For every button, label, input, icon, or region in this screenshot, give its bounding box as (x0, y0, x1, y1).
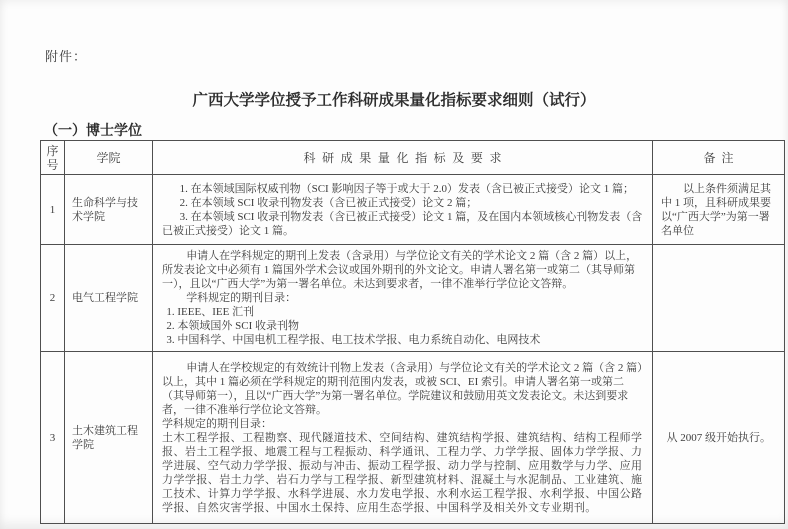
journal-catalog-label: 学科规定的期刊目录： (162, 417, 643, 431)
table-header-row: 序号 学院 科研成果量化指标及要求 备注 (41, 141, 785, 175)
remark-text: 以上条件须满足其中 1 项，且科研成果要以“广西大学”为第一署名单位 (661, 182, 776, 238)
college-name: 生命科学与技术学院 (65, 175, 153, 245)
row-number: 3 (41, 352, 65, 524)
section-heading-doctoral-degree: （一）博士学位 (44, 120, 142, 140)
row-number: 2 (41, 245, 65, 352)
column-header-indicators: 科研成果量化指标及要求 (153, 141, 653, 175)
table-row-electrical-engineering: 2 电气工程学院 申请人在学科规定的期刊上发表（含录用）与学位论文有关的学术论文… (41, 245, 785, 352)
criteria-table: 序号 学院 科研成果量化指标及要求 备注 1 生命科学与技术学院 1. 在本领域… (40, 140, 785, 524)
column-header-remark: 备注 (653, 141, 785, 175)
journal-item: 3. 中国科学、中国电机工程学报、电工技术学报、电力系统自动化、电网技术 (162, 333, 643, 347)
journal-item: 2. 本领域国外 SCI 收录刊物 (162, 319, 643, 333)
journal-item: 1. IEEE、IEE 汇刊 (162, 305, 643, 319)
document-title: 广西大学学位授予工作科研成果量化指标要求细则（试行） (0, 88, 788, 110)
requirement-item: 3. 在本领域 SCI 收录刊物发表（含已被正式接受）论文 1 篇，及在国内本领… (162, 210, 643, 238)
table-row-life-science: 1 生命科学与技术学院 1. 在本领域国际权威刊物（SCI 影响因子等于或大于 … (41, 175, 785, 245)
requirement-paragraph: 申请人在学科规定的期刊上发表（含录用）与学位论文有关的学术论文 2 篇（含 2 … (162, 249, 643, 291)
remark-cell: 以上条件须满足其中 1 项，且科研成果要以“广西大学”为第一署名单位 (653, 175, 785, 245)
column-header-number: 序号 (41, 141, 65, 175)
table-row-civil-engineering: 3 土木建筑工程学院 申请人在学校规定的有效统计刊物上发表（含录用）与学位论文有… (41, 352, 785, 524)
college-name: 电气工程学院 (65, 245, 153, 352)
row-number: 1 (41, 175, 65, 245)
indicator-requirements: 申请人在学科规定的期刊上发表（含录用）与学位论文有关的学术论文 2 篇（含 2 … (153, 245, 653, 352)
requirement-item: 2. 在本领域 SCI 收录刊物发表（含已被正式接受）论文 2 篇； (162, 196, 643, 210)
requirement-item: 1. 在本领域国际权威刊物（SCI 影响因子等于或大于 2.0）发表（含已被正式… (162, 182, 643, 196)
college-name: 土木建筑工程学院 (65, 352, 153, 524)
remark-cell: 从 2007 级开始执行。 (653, 352, 785, 524)
remark-text: 从 2007 级开始执行。 (661, 431, 776, 445)
document-page: 附件： 广西大学学位授予工作科研成果量化指标要求细则（试行） （一）博士学位 序… (0, 0, 788, 529)
attachment-label: 附件： (45, 46, 87, 65)
indicator-requirements: 1. 在本领域国际权威刊物（SCI 影响因子等于或大于 2.0）发表（含已被正式… (153, 175, 653, 245)
indicator-requirements: 申请人在学校规定的有效统计刊物上发表（含录用）与学位论文有关的学术论文 2 篇（… (153, 352, 653, 524)
journal-catalog-label: 学科规定的期刊目录： (162, 291, 643, 305)
requirement-paragraph: 申请人在学校规定的有效统计刊物上发表（含录用）与学位论文有关的学术论文 2 篇（… (162, 361, 643, 417)
journal-list: 土木工程学报、工程勘察、现代隧道技术、空间结构、建筑结构学报、建筑结构、结构工程… (162, 431, 643, 515)
remark-cell (653, 245, 785, 352)
column-header-college: 学院 (65, 141, 153, 175)
